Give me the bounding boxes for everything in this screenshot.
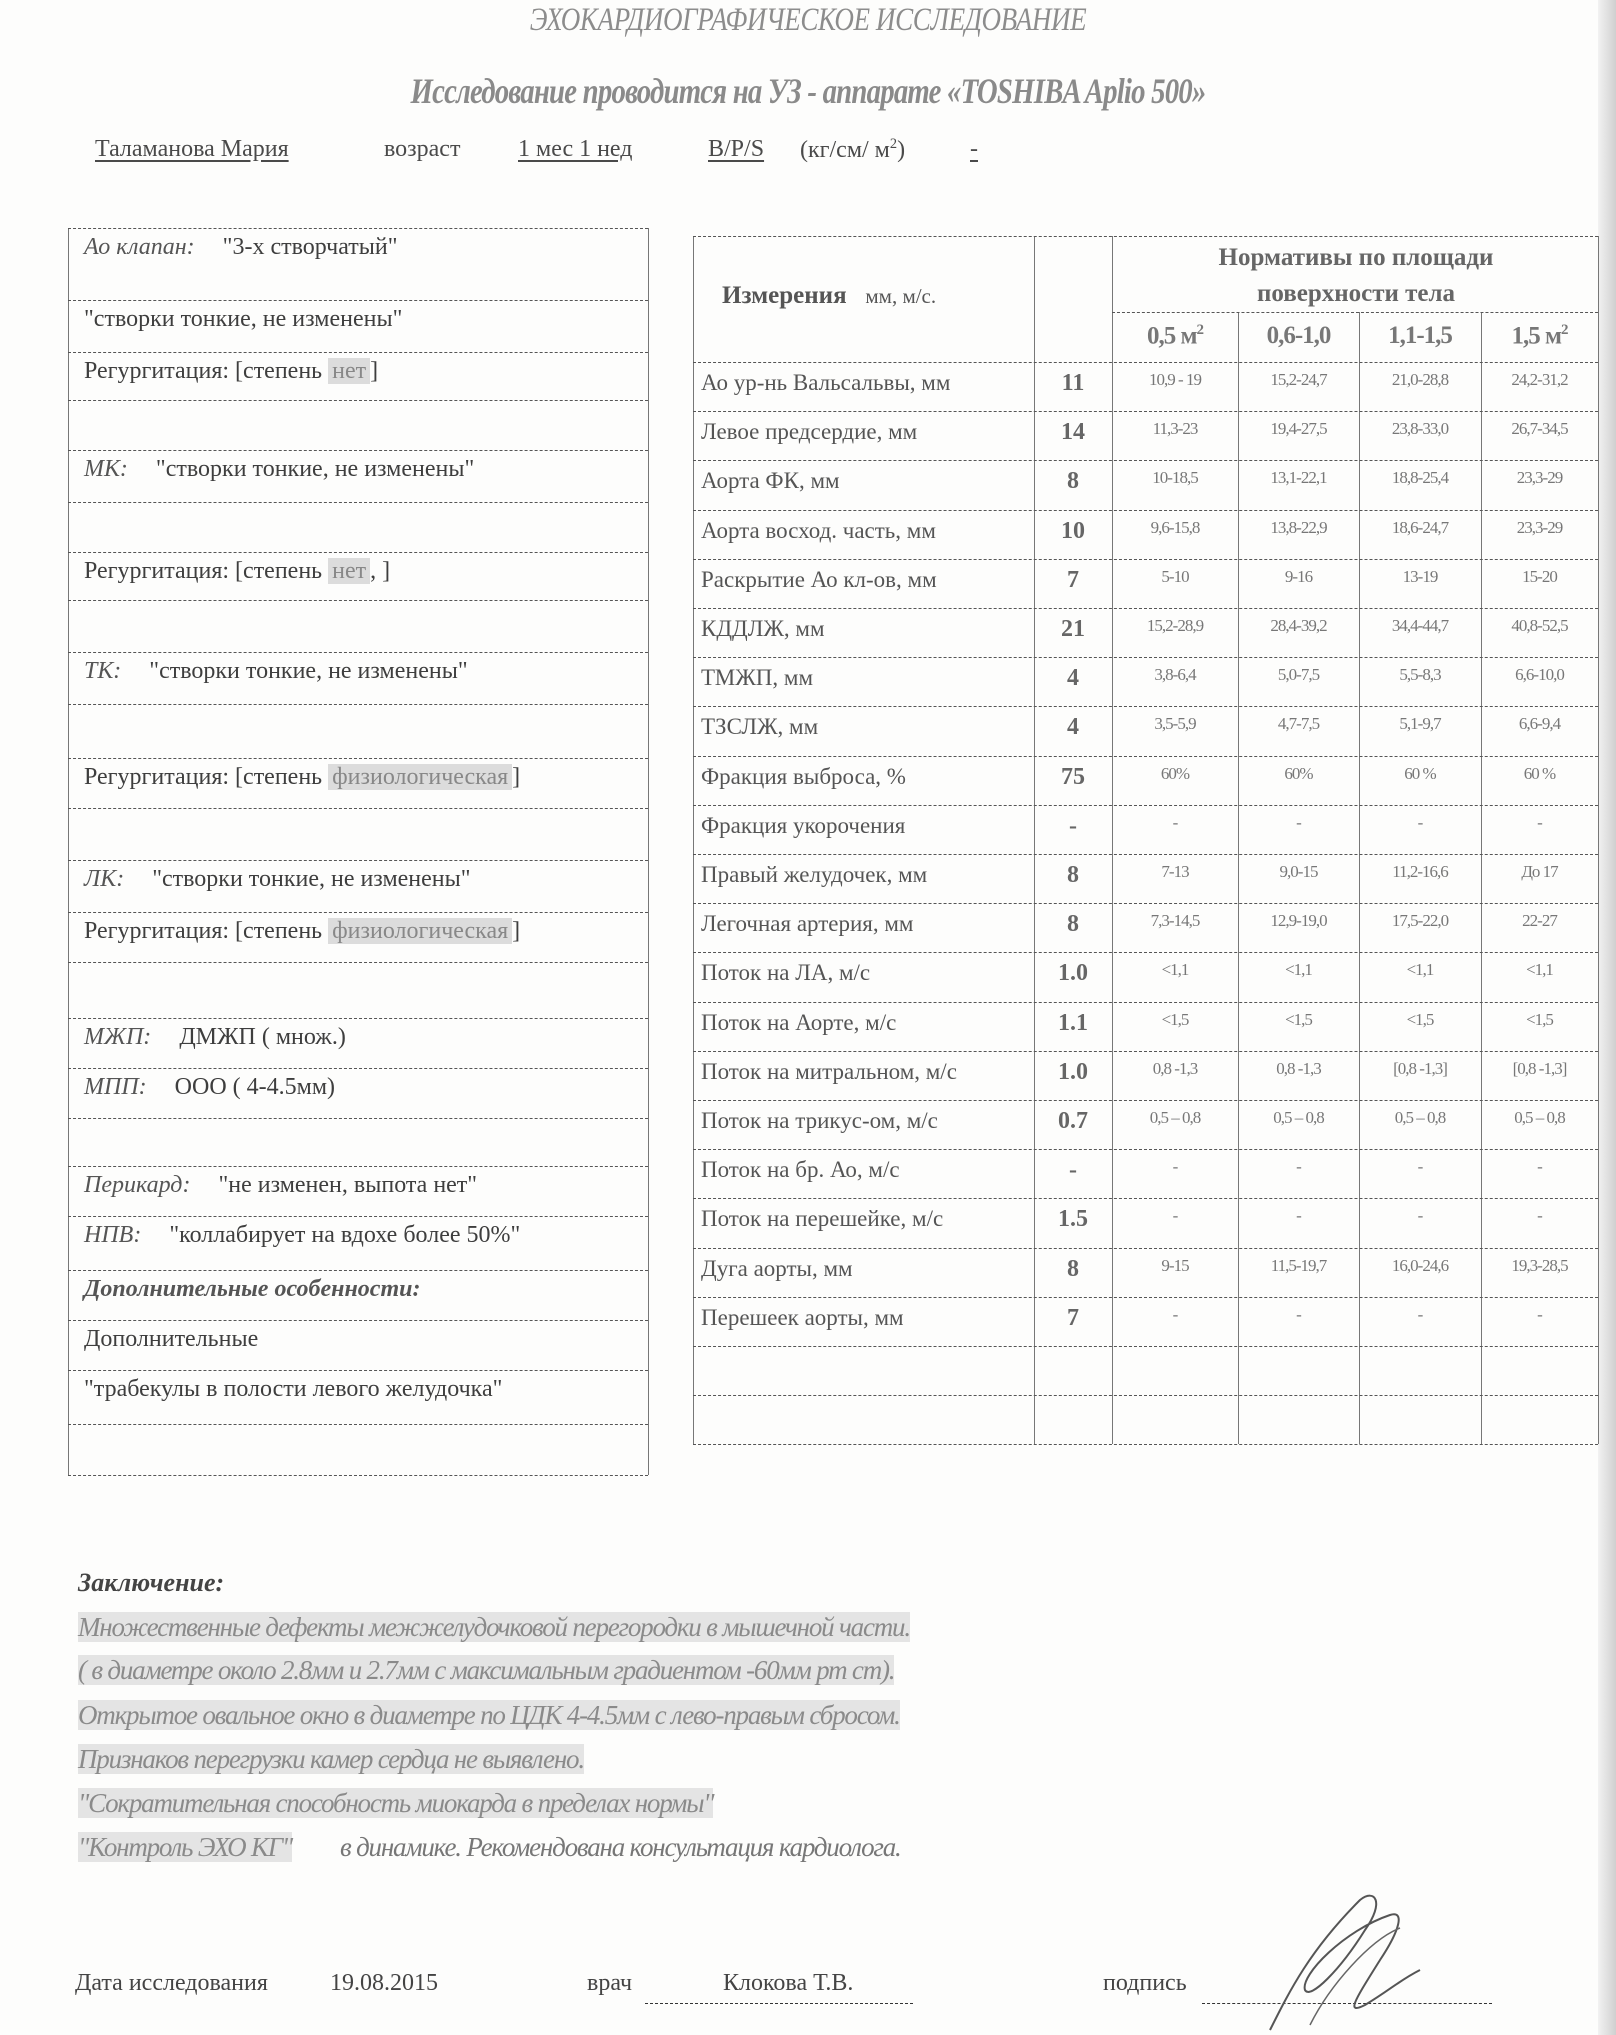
norm-range: <1,1 [1481, 960, 1598, 980]
bsa-column-header: 1,5 м2 [1481, 322, 1598, 350]
norm-range: 13,8-22,9 [1238, 518, 1359, 538]
norm-range: 7,3-14,5 [1112, 911, 1238, 931]
left-table-row: Дополнительные [84, 1326, 258, 1353]
norm-range: 10,9 - 19 [1112, 370, 1238, 390]
right-table-rule [693, 559, 1598, 560]
right-table-rule [693, 706, 1598, 707]
norm-range: <1,5 [1238, 1010, 1359, 1030]
conclusion-text: "Сократительная способность миокарда в п… [78, 1788, 713, 1818]
conclusion-line: "Сократительная способность миокарда в п… [78, 1788, 713, 1819]
left-table-rule [68, 600, 648, 601]
norm-range: - [1359, 813, 1481, 833]
norm-range: - [1238, 1157, 1359, 1177]
norm-range: 11,5-19,7 [1238, 1256, 1359, 1276]
row-label: ТК: [84, 658, 121, 684]
measurement-value: 4 [1034, 665, 1112, 692]
right-table-column-rule [1598, 236, 1599, 1444]
left-table-rule [68, 1370, 648, 1371]
left-table-row: ЛК:"створки тонкие, не изменены" [84, 866, 471, 893]
row-value: "створки тонкие, не изменены" [84, 306, 402, 332]
measurement-name: Поток на бр. Ао, м/с [701, 1157, 900, 1183]
norm-range: - [1112, 1157, 1238, 1177]
measurement-value: 11 [1034, 370, 1112, 397]
row-suffix: ] [512, 918, 520, 944]
measurement-name: Легочная артерия, мм [701, 911, 914, 937]
left-table-rule [68, 352, 648, 353]
norm-range: 17,5-22,0 [1359, 911, 1481, 931]
norm-range: 5,0-7,5 [1238, 665, 1359, 685]
norm-range: <1,5 [1481, 1010, 1598, 1030]
row-value: Дополнительные [84, 1326, 258, 1352]
right-table-rule [693, 608, 1598, 609]
right-table-rule [693, 854, 1598, 855]
norm-range: - [1481, 1157, 1598, 1177]
norm-range: 0,8 -1,3 [1238, 1059, 1359, 1079]
left-table-border-left [68, 228, 69, 1475]
measurement-name: Перешеек аорты, мм [701, 1305, 904, 1331]
norm-range: 0,8 -1,3 [1112, 1059, 1238, 1079]
right-table-rule [693, 805, 1598, 806]
conclusion-text-rest: в динамике. Рекомендована консультация к… [340, 1832, 901, 1862]
conclusion-text: "Контроль ЭХО КГ" [78, 1832, 292, 1862]
norm-range: 18,8-25,4 [1359, 468, 1481, 488]
row-label: МПП: [84, 1074, 147, 1100]
norm-range: 0,5 – 0,8 [1359, 1108, 1481, 1128]
left-table-rule [68, 1320, 648, 1321]
norm-range: 60 % [1481, 764, 1598, 784]
measurement-value: 10 [1034, 518, 1112, 545]
norm-range: <1,1 [1112, 960, 1238, 980]
row-label: МК: [84, 456, 128, 482]
norm-range: - [1238, 1206, 1359, 1226]
left-table-rule [68, 1068, 648, 1069]
row-value: "створки тонкие, не изменены" [152, 866, 470, 892]
conclusion-line: Признаков перегрузки камер сердца не выя… [78, 1744, 584, 1775]
row-value: ООО ( 4-4.5мм) [175, 1074, 335, 1100]
left-table-row: Дополнительные особенности: [84, 1276, 420, 1303]
norm-range: <1,5 [1112, 1010, 1238, 1030]
left-table-border-right [648, 228, 649, 1475]
norm-range: 4,7-7,5 [1238, 714, 1359, 734]
left-table-rule [68, 400, 648, 401]
norm-range: До 17 [1481, 862, 1598, 882]
norm-range: 22-27 [1481, 911, 1598, 931]
measurement-name: Фракция укорочения [701, 813, 905, 839]
left-table-rule [68, 860, 648, 861]
right-table-rule [693, 1248, 1598, 1249]
norm-range: <1,1 [1238, 960, 1359, 980]
conclusion-line: ( в диаметре около 2.8мм и 2.7мм с макси… [78, 1655, 894, 1686]
norm-range: 9-15 [1112, 1256, 1238, 1276]
conclusion-text: Множественные дефекты межжелудочковой пе… [78, 1612, 910, 1642]
norm-range: 23,3-29 [1481, 468, 1598, 488]
norm-range: 7-13 [1112, 862, 1238, 882]
measurement-name: Дуга аорты, мм [701, 1256, 853, 1282]
measurement-name: Поток на Аорте, м/с [701, 1010, 896, 1036]
bps-units: (кг/см/ м2) [800, 136, 905, 164]
conclusion-line: Множественные дефекты межжелудочковой пе… [78, 1612, 910, 1643]
signature-icon [1250, 1890, 1470, 2035]
row-value: "створки тонкие, не изменены" [149, 658, 467, 684]
row-value: Регургитация: [степень [84, 764, 328, 790]
date-label: Дата исследования [75, 1970, 268, 1997]
row-value: "3-х створчатый" [223, 234, 398, 260]
measurement-name: ТЗСЛЖ, мм [701, 714, 818, 740]
row-suffix: , ] [370, 558, 390, 584]
norm-range: 15,2-28,9 [1112, 616, 1238, 636]
norm-range: 21,0-28,8 [1359, 370, 1481, 390]
norm-range: 40,8-52,5 [1481, 616, 1598, 636]
norm-range: 5,1-9,7 [1359, 714, 1481, 734]
norm-range: 11,2-16,6 [1359, 862, 1481, 882]
row-value: ДМЖП ( множ.) [179, 1024, 346, 1050]
measurement-name: КДДЛЖ, мм [701, 616, 825, 642]
left-table-rule [68, 1475, 648, 1476]
measurement-name: Фракция выброса, % [701, 764, 906, 790]
conclusion-text: Признаков перегрузки камер сердца не выя… [78, 1744, 584, 1774]
left-table-rule [68, 808, 648, 809]
doctor-label: врач [587, 1970, 632, 1997]
measurement-name: Аорта ФК, мм [701, 468, 840, 494]
measurement-value: 14 [1034, 419, 1112, 446]
measurement-value: 21 [1034, 616, 1112, 643]
norm-range: 15-20 [1481, 567, 1598, 587]
right-table-rule [693, 1444, 1598, 1445]
right-table-rule [693, 952, 1598, 953]
measurement-name: Правый желудочек, мм [701, 862, 927, 888]
regurgitation-degree: нет [328, 358, 370, 384]
norm-range: <1,5 [1359, 1010, 1481, 1030]
patient-age: 1 мес 1 нед [518, 136, 632, 163]
header-norms-line2: поверхности тела [1112, 280, 1600, 308]
norm-range: 26,7-34,5 [1481, 419, 1598, 439]
header-measure: Измерения мм, м/с. [722, 282, 936, 310]
left-table-row: "трабекулы в полости левого желудочка" [84, 1376, 502, 1403]
right-table-rule [693, 657, 1598, 658]
norm-range: 9,6-15,8 [1112, 518, 1238, 538]
measurement-value: 0.7 [1034, 1108, 1112, 1135]
left-table-row: Регургитация: [степень нет, ] [84, 558, 390, 585]
norm-range: 60% [1112, 764, 1238, 784]
norm-range: 9-16 [1238, 567, 1359, 587]
left-table-rule [68, 300, 648, 301]
row-label: Ао клапан: [84, 234, 195, 260]
right-table-rule [693, 1051, 1598, 1052]
norm-range: 12,9-19,0 [1238, 911, 1359, 931]
left-table-rule [68, 1166, 648, 1167]
measurement-value: 75 [1034, 764, 1112, 791]
right-table-rule [693, 236, 1598, 237]
left-table-rule [68, 450, 648, 451]
row-suffix: ] [370, 358, 378, 384]
left-table-rule [68, 1424, 648, 1425]
left-table-rule [68, 552, 648, 553]
measurement-value: - [1034, 813, 1112, 840]
left-table-row: МК:"створки тонкие, не изменены" [84, 456, 474, 483]
left-table-row: Регургитация: [степень нет] [84, 358, 378, 385]
norm-range: 60% [1238, 764, 1359, 784]
header-norms-line1: Нормативы по площади [1112, 244, 1600, 272]
left-table-row: ТК:"створки тонкие, не изменены" [84, 658, 468, 685]
bps-value: - [970, 136, 978, 163]
norm-range: 19,3-28,5 [1481, 1256, 1598, 1276]
norm-range: 6,6-9,4 [1481, 714, 1598, 734]
row-label: Перикард: [84, 1172, 190, 1198]
norm-range: 23,8-33,0 [1359, 419, 1481, 439]
norm-range: - [1359, 1206, 1481, 1226]
left-table-row: МЖП:ДМЖП ( множ.) [84, 1024, 346, 1051]
right-table-rule [693, 460, 1598, 461]
signature-label: подпись [1103, 1970, 1187, 1997]
norm-range: - [1238, 813, 1359, 833]
regurgitation-degree: физиологическая [328, 918, 512, 944]
measurement-value: 1.0 [1034, 960, 1112, 987]
measurement-value: 1.5 [1034, 1206, 1112, 1233]
measurement-value: 4 [1034, 714, 1112, 741]
left-table-rule [68, 502, 648, 503]
right-table-rule [693, 756, 1598, 757]
left-table-row: Регургитация: [степень физиологическая] [84, 764, 520, 791]
left-table-row: Регургитация: [степень физиологическая] [84, 918, 520, 945]
right-table-rule [693, 1002, 1598, 1003]
left-table-rule [68, 1216, 648, 1217]
regurgitation-degree: нет [328, 558, 370, 584]
row-value: Регургитация: [степень [84, 558, 328, 584]
left-table-row: МПП:ООО ( 4-4.5мм) [84, 1074, 335, 1101]
norm-range: 0,5 – 0,8 [1238, 1108, 1359, 1128]
right-table-rule [693, 510, 1598, 511]
bsa-column-header: 1,1-1,5 [1359, 322, 1481, 350]
norm-range: - [1238, 1305, 1359, 1325]
measurement-value: 1.0 [1034, 1059, 1112, 1086]
norm-range: 5-10 [1112, 567, 1238, 587]
left-table-rule [68, 962, 648, 963]
norm-range: [0,8 -1,3] [1359, 1059, 1481, 1079]
norm-range: - [1112, 1206, 1238, 1226]
measurement-value: 8 [1034, 468, 1112, 495]
norm-range: 28,4-39,2 [1238, 616, 1359, 636]
norm-range: 24,2-31,2 [1481, 370, 1598, 390]
measurement-name: Поток на митральном, м/с [701, 1059, 957, 1085]
measurement-value: 8 [1034, 862, 1112, 889]
norm-range: 34,4-44,7 [1359, 616, 1481, 636]
right-table-rule [693, 1149, 1598, 1150]
scan-edge-shadow [1598, 0, 1616, 2035]
norm-range: 11,3-23 [1112, 419, 1238, 439]
measurement-value: 1.1 [1034, 1010, 1112, 1037]
left-table-row: Перикард:"не изменен, выпота нет" [84, 1172, 477, 1199]
measurement-value: - [1034, 1157, 1112, 1184]
conclusion-line: "Контроль ЭХО КГ"в динамике. Рекомендова… [78, 1832, 901, 1863]
norm-range: 23,3-29 [1481, 518, 1598, 538]
norm-range: - [1481, 813, 1598, 833]
right-table-rule [693, 1100, 1598, 1101]
norm-range: - [1112, 1305, 1238, 1325]
norm-range: 16,0-24,6 [1359, 1256, 1481, 1276]
right-table-rule [693, 1297, 1598, 1298]
measurement-name: Ао ур-нь Вальсальвы, мм [701, 370, 950, 396]
norm-range: 10-18,5 [1112, 468, 1238, 488]
measurement-name: Аорта восход. часть, мм [701, 518, 936, 544]
norm-range: 5,5-8,3 [1359, 665, 1481, 685]
measurement-value: 7 [1034, 1305, 1112, 1332]
norm-range: 0,5 – 0,8 [1112, 1108, 1238, 1128]
conclusion-line: Открытое овальное окно в диаметре по ЦДК… [78, 1700, 900, 1731]
row-value: Регургитация: [степень [84, 918, 328, 944]
right-table-rule [693, 362, 1598, 363]
right-table-rule [693, 411, 1598, 412]
norm-range: 3,8-6,4 [1112, 665, 1238, 685]
conclusion-text: ( в диаметре около 2.8мм и 2.7мм с макси… [78, 1655, 894, 1685]
row-value: "трабекулы в полости левого желудочка" [84, 1376, 502, 1402]
measurement-name: Поток на ЛА, м/с [701, 960, 870, 986]
norm-range: 15,2-24,7 [1238, 370, 1359, 390]
left-table-rule [68, 228, 648, 229]
right-table-rule [693, 1198, 1598, 1199]
conclusion-text: Открытое овальное окно в диаметре по ЦДК… [78, 1700, 900, 1730]
measurement-name: Поток на трикус-ом, м/с [701, 1108, 938, 1134]
row-label: Дополнительные особенности: [84, 1276, 420, 1302]
row-value: "коллабирует на вдохе более 50%" [169, 1222, 520, 1248]
left-table-row: "створки тонкие, не изменены" [84, 306, 402, 333]
doctor-name: Клокова Т.В. [723, 1970, 853, 1997]
conclusion-heading: Заключение: [78, 1568, 224, 1598]
norm-range: - [1481, 1305, 1598, 1325]
measurement-value: 8 [1034, 911, 1112, 938]
right-table-rule [693, 1395, 1598, 1396]
norm-range: 13-19 [1359, 567, 1481, 587]
row-value: Регургитация: [степень [84, 358, 328, 384]
right-table-rule [693, 903, 1598, 904]
left-table-row: НПВ:"коллабирует на вдохе более 50%" [84, 1222, 520, 1249]
measurement-value: 7 [1034, 567, 1112, 594]
age-label: возраст [384, 136, 460, 163]
norm-range: - [1359, 1157, 1481, 1177]
regurgitation-degree: физиологическая [328, 764, 512, 790]
right-table-rule [693, 1346, 1598, 1347]
left-table-rule [68, 652, 648, 653]
left-table-rule [68, 704, 648, 705]
norm-range: 18,6-24,7 [1359, 518, 1481, 538]
norm-range: [0,8 -1,3] [1481, 1059, 1598, 1079]
measurement-name: Поток на перешейке, м/с [701, 1206, 943, 1232]
bsa-column-header: 0,6-1,0 [1238, 322, 1359, 350]
row-label: МЖП: [84, 1024, 151, 1050]
norm-range: 3,5-5,9 [1112, 714, 1238, 734]
norm-range: <1,1 [1359, 960, 1481, 980]
norm-range: 13,1-22,1 [1238, 468, 1359, 488]
right-table-rule [1112, 312, 1598, 313]
left-table-rule [68, 758, 648, 759]
norm-range: 0,5 – 0,8 [1481, 1108, 1598, 1128]
bps-label: B/P/S [708, 136, 764, 163]
measurement-value: 8 [1034, 1256, 1112, 1283]
bsa-column-header: 0,5 м2 [1112, 322, 1238, 350]
right-table-column-rule [693, 236, 694, 1444]
document-title: ЭХОКАРДИОГРАФИЧЕСКОЕ ИССЛЕДОВАНИЕ [145, 2, 1470, 39]
row-suffix: ] [512, 764, 520, 790]
row-label: НПВ: [84, 1222, 141, 1248]
norm-range: 6,6-10,0 [1481, 665, 1598, 685]
left-table-rule [68, 1270, 648, 1271]
row-value: "не изменен, выпота нет" [218, 1172, 477, 1198]
exam-date: 19.08.2015 [330, 1970, 438, 1997]
norm-range: 9,0-15 [1238, 862, 1359, 882]
norm-range: - [1359, 1305, 1481, 1325]
left-table-rule [68, 1018, 648, 1019]
left-table-row: Ао клапан:"3-х створчатый" [84, 234, 398, 261]
norm-range: 19,4-27,5 [1238, 419, 1359, 439]
row-label: ЛК: [84, 866, 124, 892]
patient-name: Таламанова Мария [95, 136, 289, 163]
norm-range: - [1481, 1206, 1598, 1226]
norm-range: 60 % [1359, 764, 1481, 784]
measurement-name: Левое предсердие, мм [701, 419, 917, 445]
measurement-name: Раскрытие Ао кл-ов, мм [701, 567, 937, 593]
document-subtitle: Исследование проводится на УЗ - аппарате… [162, 70, 1455, 112]
row-value: "створки тонкие, не изменены" [156, 456, 474, 482]
left-table-rule [68, 1118, 648, 1119]
left-table-rule [68, 912, 648, 913]
norm-range: - [1112, 813, 1238, 833]
measurement-name: ТМЖП, мм [701, 665, 813, 691]
doctor-underline [645, 2003, 913, 2004]
